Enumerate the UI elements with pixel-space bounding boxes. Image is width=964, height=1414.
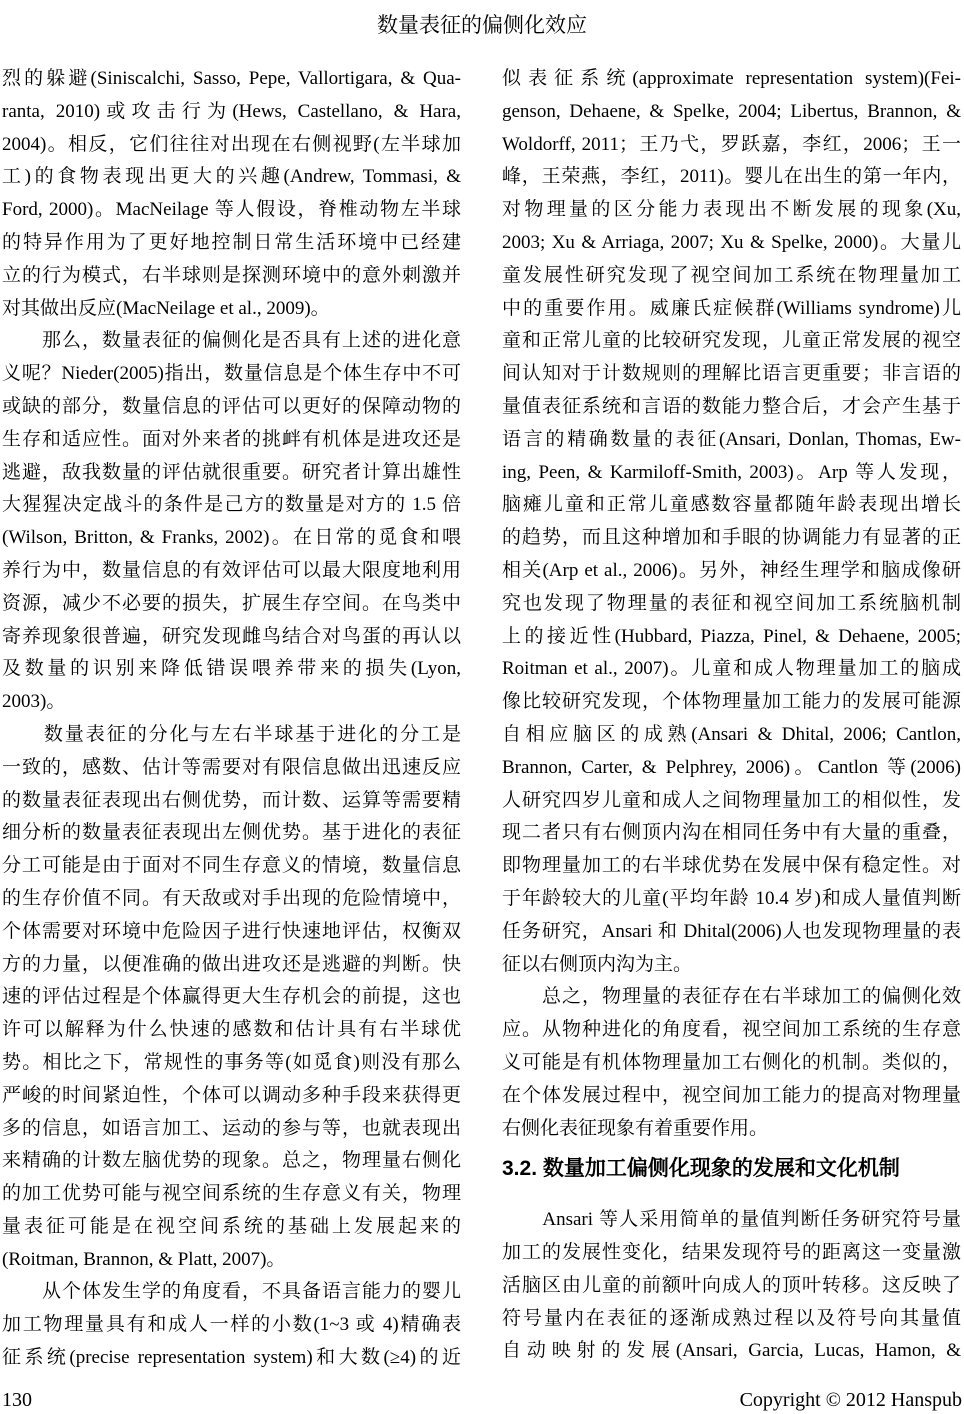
text-line: 的加工优势可能与视空间系统的生存意义有关，物理 [2, 1178, 461, 1211]
text-line: Ansari 等人采用简单的量值判断任务研究符号量 [502, 1204, 961, 1237]
text-line: 数量表征的分化与左右半球基于进化的分工是 [2, 719, 461, 752]
text-line: 量值表征系统和言语的数能力整合后，才会产生基于 [502, 391, 961, 424]
page-number: 130 [2, 1388, 32, 1412]
text-line: 逃避，敌我数量的评估就很重要。研究者计算出雄性 [2, 457, 461, 490]
text-line: 究也发现了物理量的表征和视空间加工系统脑机制 [502, 588, 961, 621]
text-line: 自相应脑区的成熟(Ansari & Dhital, 2006; Cantlon, [502, 719, 961, 752]
text-line: 符号量内在表征的逐渐成熟过程以及符号向其量值 [502, 1303, 961, 1336]
text-line: 2003)。 [2, 686, 461, 719]
section-heading: 3.2. 数量加工偏侧化现象的发展和文化机制 [502, 1154, 961, 1184]
copyright-notice: Copyright © 2012 Hanspub [740, 1388, 962, 1412]
text-line: 那么，数量表征的偏侧化是否具有上述的进化意 [2, 325, 461, 358]
text-line: 烈的躲避(Siniscalchi, Sasso, Pepe, Vallortig… [2, 63, 461, 96]
text-line: 资源，减少不必要的损失，扩展生存空间。在鸟类中 [2, 588, 461, 621]
text-line: 右侧化表征现象有着重要作用。 [502, 1113, 961, 1146]
text-line: 征系统(precise representation system)和大数(≥4… [2, 1342, 461, 1375]
text-line: 在个体发展过程中，视空间加工能力的提高对物理量 [502, 1080, 961, 1113]
text-line: 加工物理量具有和成人一样的小数(1~3 或 4)精确表 [2, 1309, 461, 1342]
text-line: 征以右侧顶内沟为主。 [502, 949, 961, 982]
text-line: 对物理量的区分能力表现出不断发展的现象(Xu, [502, 194, 961, 227]
text-line: 的生存价值不同。有天敌或对手出现的危险情境中， [2, 883, 461, 916]
text-line: ranta, 2010)或攻击行为(Hews, Castellano, & Ha… [2, 96, 461, 129]
text-line: (Roitman, Brannon, & Platt, 2007)。 [2, 1244, 461, 1277]
text-line: 势。相比之下，常规性的事务等(如觅食)则没有那么 [2, 1047, 461, 1080]
text-line: 一致的，感数、估计等需要对有限信息做出迅速反应 [2, 752, 461, 785]
text-line: 个体需要对环境中危险因子进行快速地评估，权衡双 [2, 916, 461, 949]
text-line: 细分析的数量表征表现出左侧优势。基于进化的表征 [2, 817, 461, 850]
text-line: 来精确的计数左脑优势的现象。总之，物理量右侧化 [2, 1145, 461, 1178]
text-line: genson, Dehaene, & Spelke, 2004; Libertu… [502, 96, 961, 129]
text-line: 生存和适应性。面对外来者的挑衅有机体是进攻还是 [2, 424, 461, 457]
running-head-title: 数量表征的偏侧化效应 [0, 12, 964, 38]
text-line: 任务研究，Ansari 和 Dhital(2006)人也发现物理量的表 [502, 916, 961, 949]
text-line: 义可能是有机体物理量加工右侧化的机制。类似的， [502, 1047, 961, 1080]
text-line: 方的力量，以便准确的做出进攻还是逃避的判断。快 [2, 949, 461, 982]
text-line: 大猩猩决定战斗的条件是己方的数量是对方的 1.5 倍 [2, 489, 461, 522]
text-line: 自动映射的发展(Ansari, Garcia, Lucas, Hamon, & [502, 1335, 961, 1368]
text-line: (Wilson, Britton, & Franks, 2002)。在日常的觅食… [2, 522, 461, 555]
text-line: 从个体发生学的角度看，不具备语言能力的婴儿 [2, 1276, 461, 1309]
text-line: 总之，物理量的表征存在右半球加工的偏侧化效 [502, 981, 961, 1014]
text-line: 脑瘫儿童和正常儿童感数容量都随年龄表现出增长 [502, 489, 961, 522]
text-line: 上的接近性(Hubbard, Piazza, Pinel, & Dehaene,… [502, 621, 961, 654]
text-line: 及数量的识别来降低错误喂养带来的损失(Lyon, [2, 653, 461, 686]
text-line: 2003; Xu & Arriaga, 2007; Xu & Spelke, 2… [502, 227, 961, 260]
text-line: 分工可能是由于面对不同生存意义的情境，数量信息 [2, 850, 461, 883]
text-line: 或缺的部分，数量信息的评估可以更好的保障动物的 [2, 391, 461, 424]
text-line: 的趋势，而且这种增加和手眼的协调能力有显著的正 [502, 522, 961, 555]
text-line: 语言的精确数量的表征(Ansari, Donlan, Thomas, Ew- [502, 424, 961, 457]
text-line: 养行为中，数量信息的有效评估可以最大限度地利用 [2, 555, 461, 588]
text-line: 量表征可能是在视空间系统的基础上发展起来的 [2, 1211, 461, 1244]
paper-page: 数量表征的偏侧化效应 烈的躲避(Siniscalchi, Sasso, Pepe… [0, 0, 964, 1414]
text-line: 工)的食物表现出更大的兴趣(Andrew, Tommasi, & [2, 161, 461, 194]
text-line: 寄养现象很普遍，研究发现雌鸟结合对鸟蛋的再认以 [2, 621, 461, 654]
text-line: 于年龄较大的儿童(平均年龄 10.4 岁)和成人量值判断 [502, 883, 961, 916]
text-line: 速的评估过程是个体赢得更大生存机会的前提，这也 [2, 981, 461, 1014]
text-line: 童发展性研究发现了视空间加工系统在物理量加工 [502, 260, 961, 293]
text-line: 中的重要作用。威廉氏症候群(Williams syndrome)儿 [502, 293, 961, 326]
text-line: 童和正常儿童的比较研究发现，儿童正常发展的视空 [502, 325, 961, 358]
left-column: 烈的躲避(Siniscalchi, Sasso, Pepe, Vallortig… [2, 63, 461, 1375]
text-line: Woldorff, 2011；王乃弋，罗跃嘉，李红，2006；王一 [502, 129, 961, 162]
text-line: 相关(Arp et al., 2006)。另外，神经生理学和脑成像研 [502, 555, 961, 588]
page-footer: 130 Copyright © 2012 Hanspub [2, 1388, 962, 1412]
text-line: 许可以解释为什么快速的感数和估计具有右半球优 [2, 1014, 461, 1047]
text-line: 现二者只有右侧顶内沟在相同任务中有大量的重叠， [502, 817, 961, 850]
body-columns: 烈的躲避(Siniscalchi, Sasso, Pepe, Vallortig… [2, 63, 961, 1375]
text-line: 似表征系统(approximate representation system)… [502, 63, 961, 96]
text-line: Roitman et al., 2007)。儿童和成人物理量加工的脑成 [502, 653, 961, 686]
text-line: 的特异作用为了更好地控制日常生活环境中已经建 [2, 227, 461, 260]
text-line: 像比较研究发现，个体物理量加工能力的发展可能源 [502, 686, 961, 719]
text-line: 2004)。相反，它们往往对出现在右侧视野(左半球加 [2, 129, 461, 162]
text-line: 的数量表征表现出右侧优势，而计数、运算等需要精 [2, 785, 461, 818]
text-line: 人研究四岁儿童和成人之间物理量加工的相似性，发 [502, 785, 961, 818]
text-line: 加工的发展性变化，结果发现符号的距离这一变量激 [502, 1237, 961, 1270]
text-line: 对其做出反应(MacNeilage et al., 2009)。 [2, 293, 461, 326]
right-column: 似表征系统(approximate representation system)… [502, 63, 961, 1375]
text-line: 多的信息，如语言加工、运动的参与等，也就表现出 [2, 1113, 461, 1146]
text-line: 即物理量加工的右半球优势在发展中保有稳定性。对 [502, 850, 961, 883]
text-line: Ford, 2000)。MacNeilage 等人假设，脊椎动物左半球 [2, 194, 461, 227]
text-line: ing, Peen, & Karmiloff-Smith, 2003)。Arp … [502, 457, 961, 490]
text-line: 立的行为模式，右半球则是探测环境中的意外刺激并 [2, 260, 461, 293]
text-line: Brannon, Carter, & Pelphrey, 2006)。Cantl… [502, 752, 961, 785]
text-line: 义呢？Nieder(2005)指出，数量信息是个体生存中不可 [2, 358, 461, 391]
text-line: 应。从物种进化的角度看，视空间加工系统的生存意 [502, 1014, 961, 1047]
text-line: 峰，王荣燕，李红，2011)。婴儿在出生的第一年内， [502, 161, 961, 194]
text-line: 严峻的时间紧迫性，个体可以调动多种手段来获得更 [2, 1080, 461, 1113]
text-line: 活脑区由儿童的前额叶向成人的顶叶转移。这反映了 [502, 1270, 961, 1303]
text-line: 间认知对于计数规则的理解比语言更重要；非言语的 [502, 358, 961, 391]
